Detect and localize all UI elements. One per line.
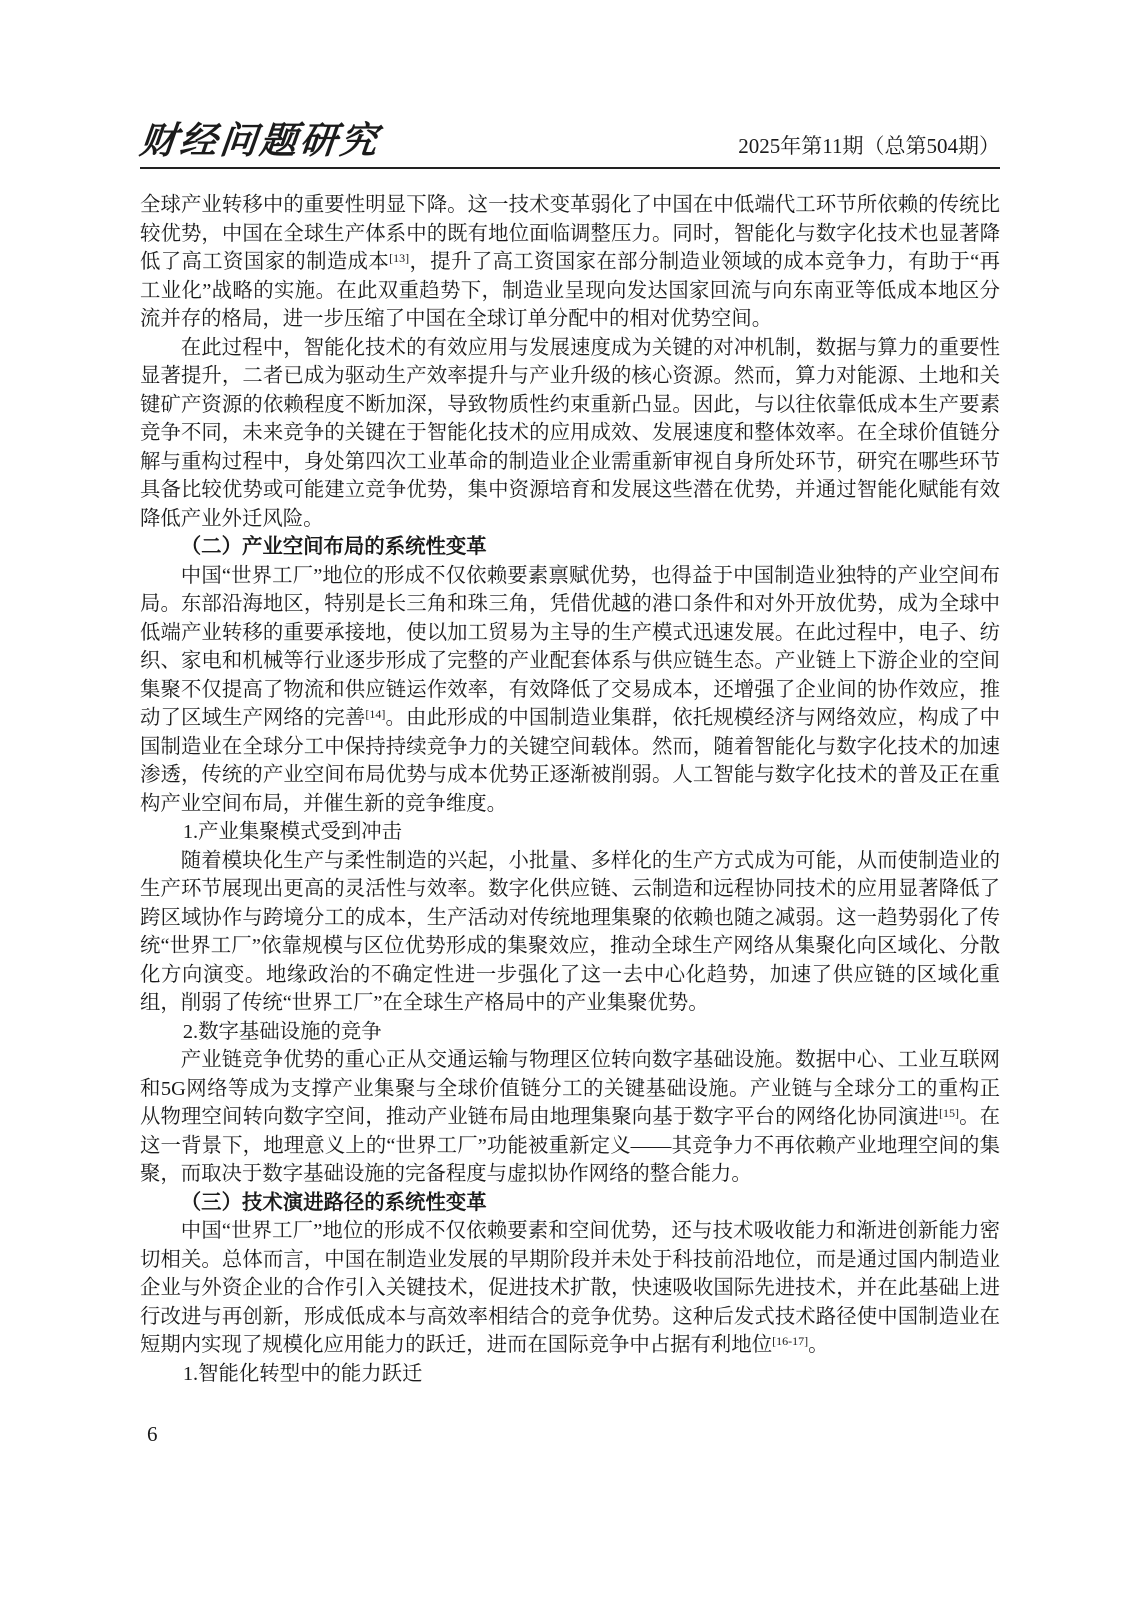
- text-run: 随着模块化生产与柔性制造的兴起，小批量、多样化的生产方式成为可能，从而使制造业的…: [140, 850, 1000, 1015]
- subsection-heading: 2.数字基础设施的竞争: [140, 1018, 1000, 1047]
- paragraph: 在此过程中，智能化技术的有效应用与发展速度成为关键的对冲机制，数据与算力的重要性…: [140, 334, 1000, 534]
- issue-info: 2025年第11期（总第504期）: [738, 134, 1000, 159]
- text-run: 1.智能化转型中的能力跃迁: [183, 1363, 423, 1385]
- text-run: 2.数字基础设施的竞争: [183, 1021, 382, 1043]
- paragraph: 全球产业转移中的重要性明显下降。这一技术变革弱化了中国在中低端代工环节所依赖的传…: [140, 191, 1000, 334]
- text-run: 中国“世界工厂”地位的形成不仅依赖要素禀赋优势，也得益于中国制造业独特的产业空间…: [140, 565, 1000, 730]
- text-run: 在此过程中，智能化技术的有效应用与发展速度成为关键的对冲机制，数据与算力的重要性…: [140, 337, 1000, 530]
- section-heading: （二）产业空间布局的系统性变革: [140, 533, 1000, 562]
- subsection-heading: 1.智能化转型中的能力跃迁: [140, 1360, 1000, 1389]
- text-run: （三）技术演进路径的系统性变革: [181, 1192, 487, 1214]
- article-body: 全球产业转移中的重要性明显下降。这一技术变革弱化了中国在中低端代工环节所依赖的传…: [140, 191, 1000, 1388]
- journal-logo: 财经问题研究: [138, 122, 382, 159]
- journal-page: 财经问题研究 2025年第11期（总第504期） 全球产业转移中的重要性明显下降…: [0, 0, 1140, 1600]
- subsection-heading: 1.产业集聚模式受到冲击: [140, 818, 1000, 847]
- text-run: 。: [808, 1334, 828, 1356]
- page-header: 财经问题研究 2025年第11期（总第504期）: [140, 122, 1000, 169]
- text-run: 产业链竞争优势的重心正从交通运输与物理区位转向数字基础设施。数据中心、工业互联网…: [140, 1049, 1000, 1128]
- paragraph: 随着模块化生产与柔性制造的兴起，小批量、多样化的生产方式成为可能，从而使制造业的…: [140, 847, 1000, 1018]
- paragraph: 产业链竞争优势的重心正从交通运输与物理区位转向数字基础设施。数据中心、工业互联网…: [140, 1046, 1000, 1189]
- page-number: 6: [147, 1422, 158, 1447]
- citation-marker: [14]: [365, 707, 385, 721]
- paragraph: 中国“世界工厂”地位的形成不仅依赖要素和空间优势，还与技术吸收能力和渐进创新能力…: [140, 1217, 1000, 1360]
- text-run: （二）产业空间布局的系统性变革: [181, 536, 487, 558]
- text-run: 1.产业集聚模式受到冲击: [183, 821, 402, 843]
- text-run: 中国“世界工厂”地位的形成不仅依赖要素和空间优势，还与技术吸收能力和渐进创新能力…: [140, 1220, 1000, 1356]
- citation-marker: [15]: [939, 1106, 959, 1120]
- citation-marker: [13]: [389, 251, 409, 265]
- section-heading: （三）技术演进路径的系统性变革: [140, 1189, 1000, 1218]
- citation-marker: [16-17]: [772, 1334, 808, 1348]
- paragraph: 中国“世界工厂”地位的形成不仅依赖要素禀赋优势，也得益于中国制造业独特的产业空间…: [140, 562, 1000, 819]
